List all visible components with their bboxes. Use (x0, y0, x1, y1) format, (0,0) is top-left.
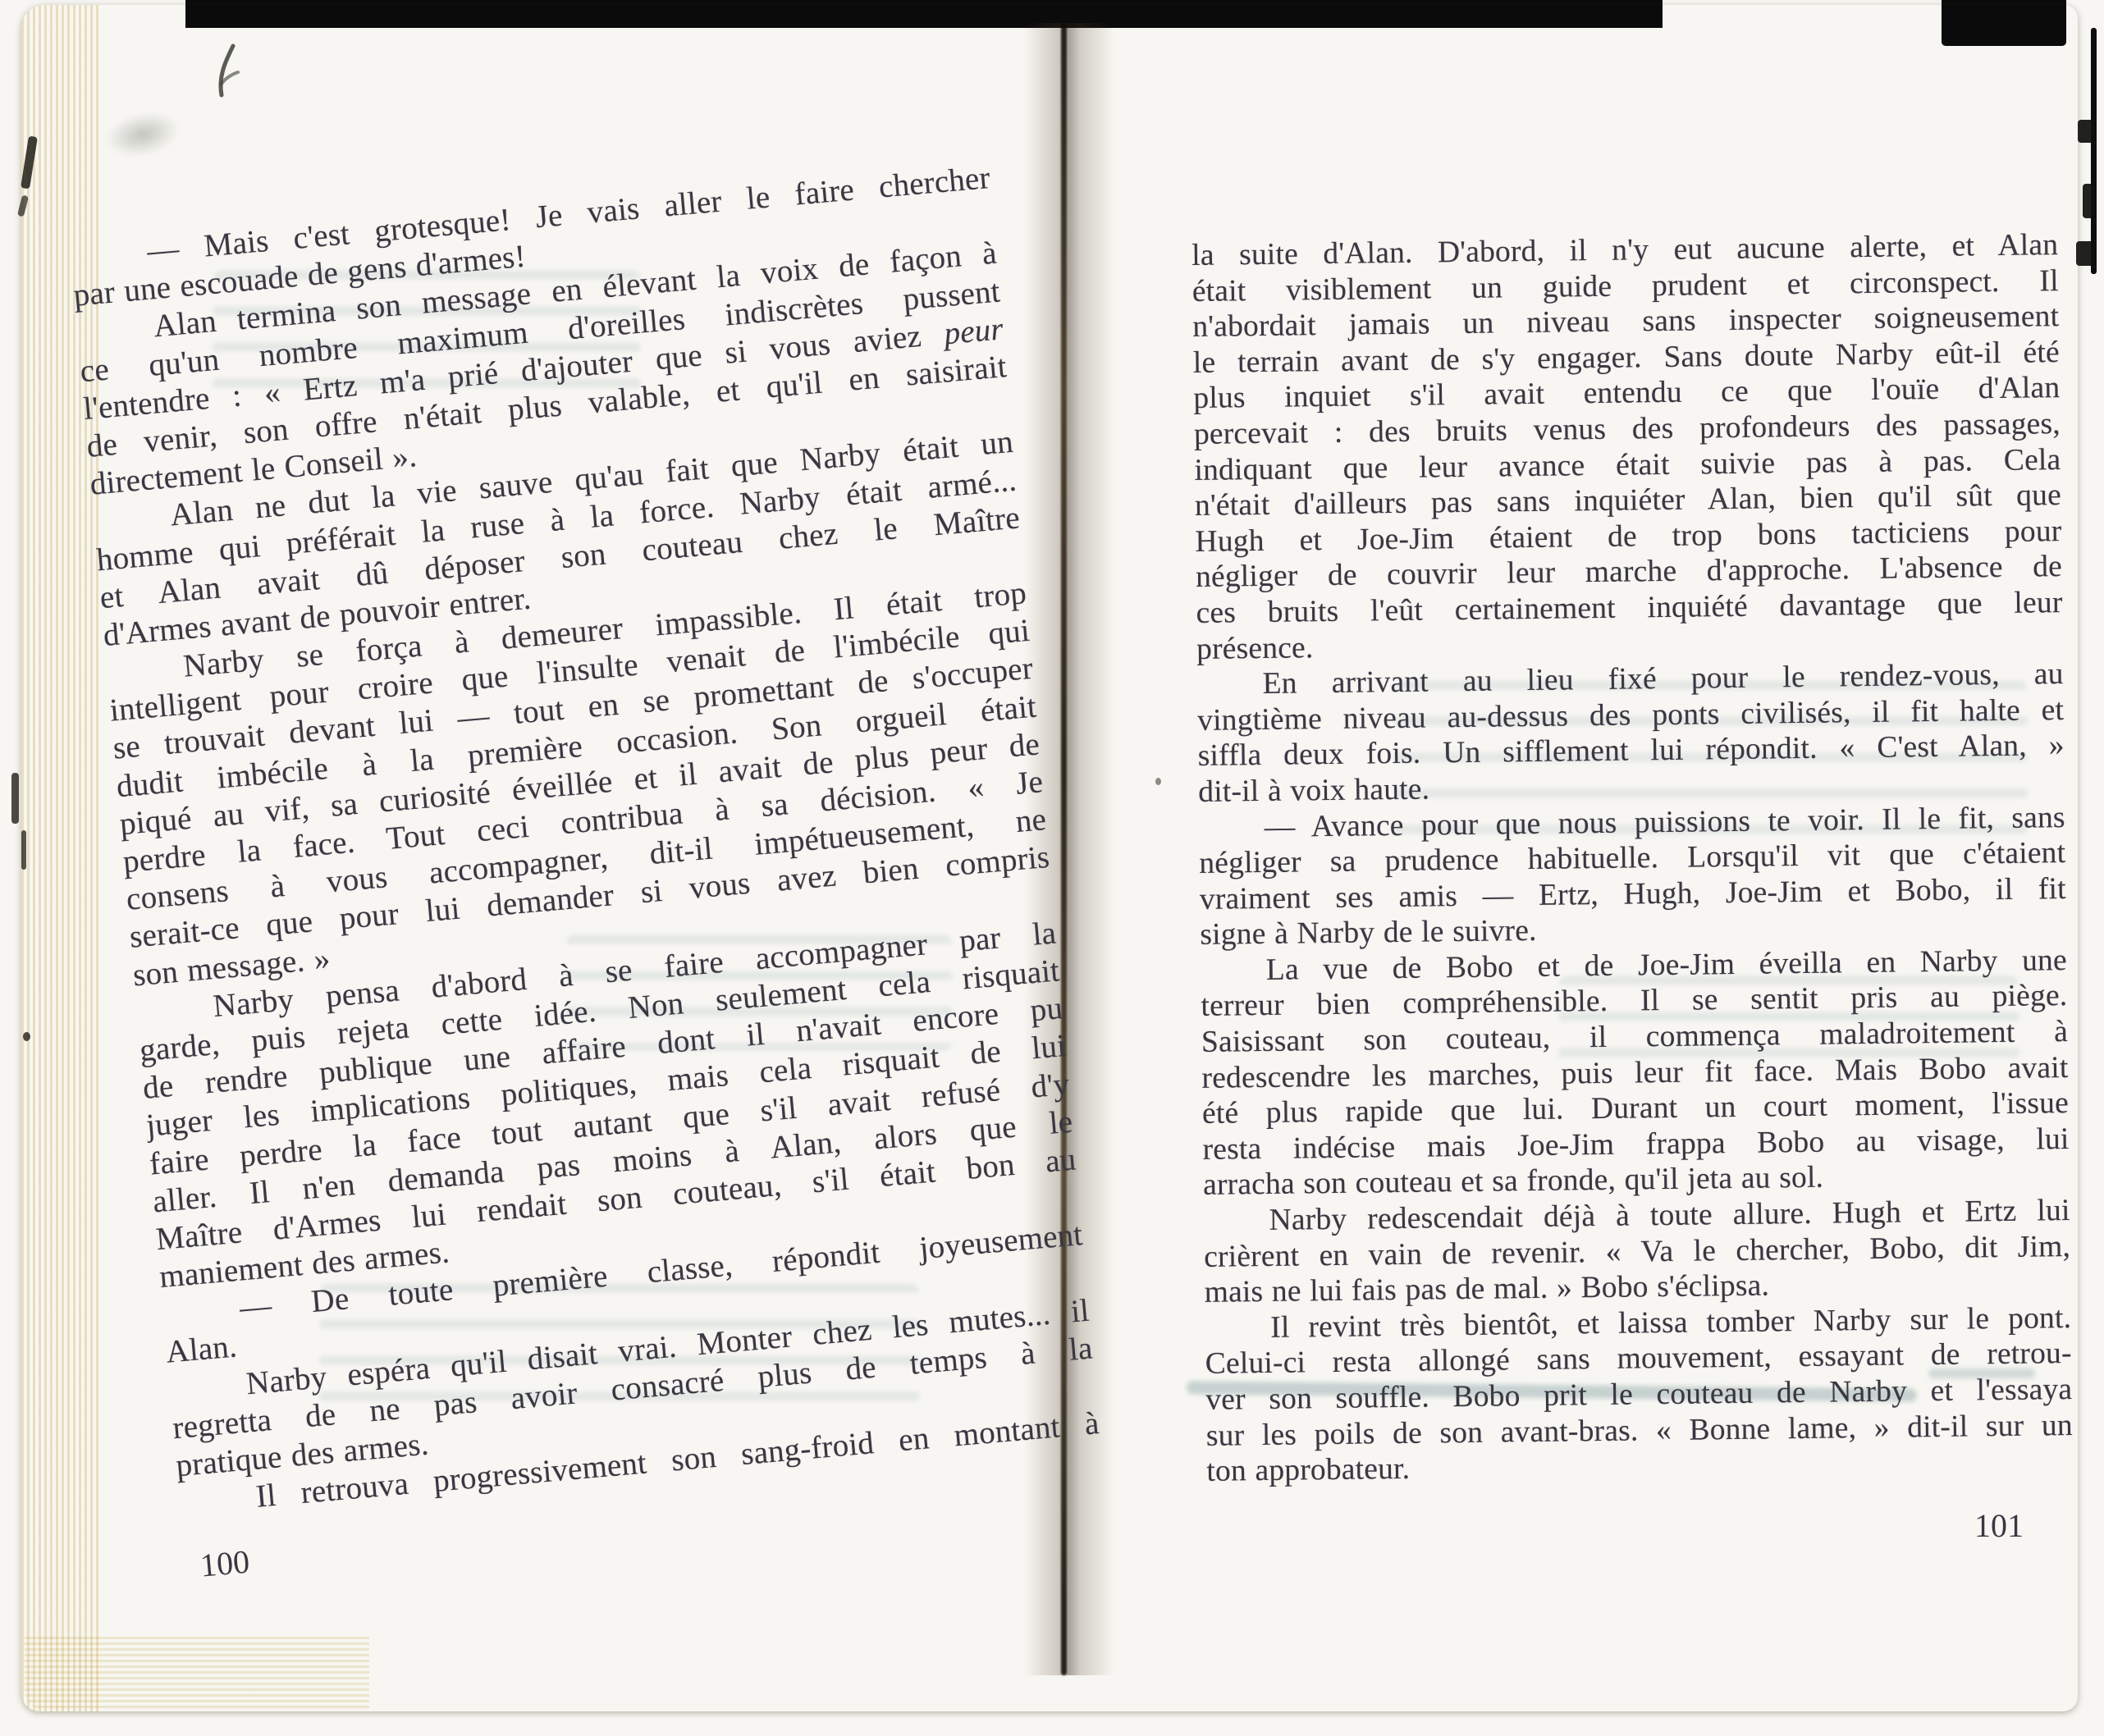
page-edge-stack-bottom (25, 1637, 369, 1709)
scan-edge-fragment (2076, 241, 2094, 266)
paragraph: En arrivant au lieu fixé pour le rendez-… (1196, 656, 2065, 810)
paragraph: La vue de Bobo et de Joe-Jim éveilla en … (1201, 943, 2070, 1204)
scan-edge-fragment (2083, 184, 2095, 218)
paragraph: la suite d'Alan. D'abord, il n'y eut auc… (1192, 227, 2063, 667)
paragraph: Narby redescendait déjà à toute allure. … (1203, 1193, 2071, 1311)
scan-edge-fragment (2078, 120, 2094, 143)
scan-artifact-mark (11, 773, 19, 824)
paragraph: Il revint très bientôt, et laissa tomber… (1205, 1300, 2074, 1490)
left-page-text: — Mais c'est grotesque! Je vais aller le… (69, 159, 1101, 1523)
page-number-left: 100 (199, 1542, 251, 1584)
scan-artifact-mark (21, 830, 26, 870)
scan-artifact-speck (1155, 778, 1161, 785)
right-page-text: la suite d'Alan. D'abord, il n'y eut auc… (1192, 227, 2074, 1490)
page-number-right: 101 (1974, 1506, 2024, 1545)
adjacent-page-edge-line (2091, 28, 2097, 274)
pen-mark (197, 41, 263, 110)
scan-artifact-mark (23, 1032, 30, 1041)
scanned-book-spread: { "document": { "kind": "book page scan"… (0, 0, 2104, 1736)
paragraph: — Avance pour que nous puissions te voir… (1199, 800, 2067, 953)
